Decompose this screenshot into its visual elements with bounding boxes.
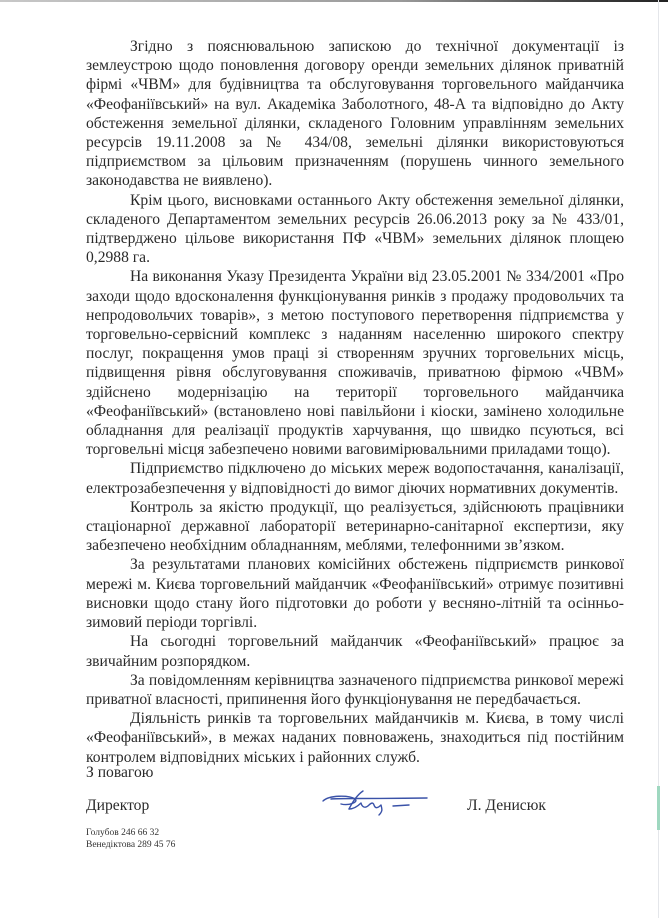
signature-block: Директор Л. Денисюк	[86, 797, 626, 821]
paragraph-oversight: Діяльність ринків та торговельних майдан…	[86, 709, 624, 767]
scan-color-artifact	[657, 786, 660, 830]
paragraph-current-status: На сьогодні торговельний майданчик «Феоф…	[86, 632, 624, 670]
contact-line: Венедіктова 289 45 76	[86, 839, 175, 851]
paragraph-inspections: За результатами планових комісійних обст…	[86, 555, 624, 632]
letter-body: Згідно з пояснювальною запискою до техні…	[86, 37, 624, 767]
contact-line: Голубов 246 66 32	[86, 827, 175, 839]
paragraph-modernization: На виконання Указу Президента України ві…	[86, 267, 624, 459]
handwritten-signature-icon	[319, 787, 429, 821]
scan-edge-artifact-right	[658, 0, 659, 918]
paragraph-land-use: Згідно з пояснювальною запискою до техні…	[86, 37, 624, 191]
signatory-title: Директор	[86, 797, 149, 815]
scan-edge-artifact-top	[0, 0, 668, 2]
paragraph-management-notice: За повідомленням керівництва зазначеного…	[86, 671, 624, 709]
paragraph-inspection-act: Крім цього, висновками останнього Акту о…	[86, 191, 624, 268]
closing-salutation: З повагою	[86, 764, 153, 782]
contact-list: Голубов 246 66 32 Венедіктова 289 45 76	[86, 827, 175, 851]
paragraph-utilities: Підприємство підключено до міських мереж…	[86, 459, 624, 497]
paragraph-quality-control: Контроль за якістю продукції, що реалізу…	[86, 498, 624, 556]
signatory-name: Л. Денисюк	[467, 797, 546, 815]
